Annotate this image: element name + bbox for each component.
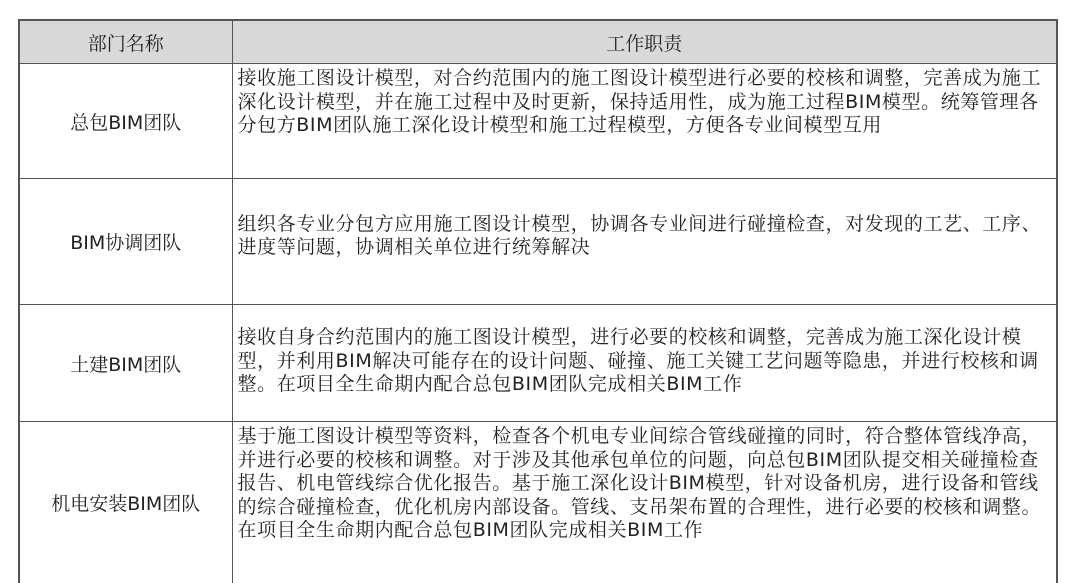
table-row: 土建BIM团队 接收自身合约范围内的施工图设计模型，进行必要的校核和调整，完善成…	[19, 305, 1057, 422]
header-department: 部门名称	[19, 20, 232, 64]
duties-cell: 接收施工图设计模型，对合约范围内的施工图设计模型进行必要的校核和调整，完善成为施…	[232, 64, 1057, 179]
department-cell: 机电安装BIM团队	[19, 422, 232, 583]
header-row: 部门名称 工作职责	[19, 20, 1057, 64]
duties-cell: 接收自身合约范围内的施工图设计模型，进行必要的校核和调整，完善成为施工深化设计模…	[232, 305, 1057, 422]
department-cell: 总包BIM团队	[19, 64, 232, 179]
department-cell: 土建BIM团队	[19, 305, 232, 422]
department-cell: BIM协调团队	[19, 179, 232, 305]
duties-cell: 组织各专业分包方应用施工图设计模型，协调各专业间进行碰撞检查，对发现的工艺、工序…	[232, 179, 1057, 305]
table-row: 总包BIM团队 接收施工图设计模型，对合约范围内的施工图设计模型进行必要的校核和…	[19, 64, 1057, 179]
table-row: 机电安装BIM团队 基于施工图设计模型等资料，检查各个机电专业间综合管线碰撞的同…	[19, 422, 1057, 583]
responsibility-table: 部门名称 工作职责 总包BIM团队 接收施工图设计模型，对合约范围内的施工图设计…	[18, 19, 1058, 583]
header-duties: 工作职责	[232, 20, 1057, 64]
table-row: BIM协调团队 组织各专业分包方应用施工图设计模型，协调各专业间进行碰撞检查，对…	[19, 179, 1057, 305]
duties-cell: 基于施工图设计模型等资料，检查各个机电专业间综合管线碰撞的同时，符合整体管线净高…	[232, 422, 1057, 583]
